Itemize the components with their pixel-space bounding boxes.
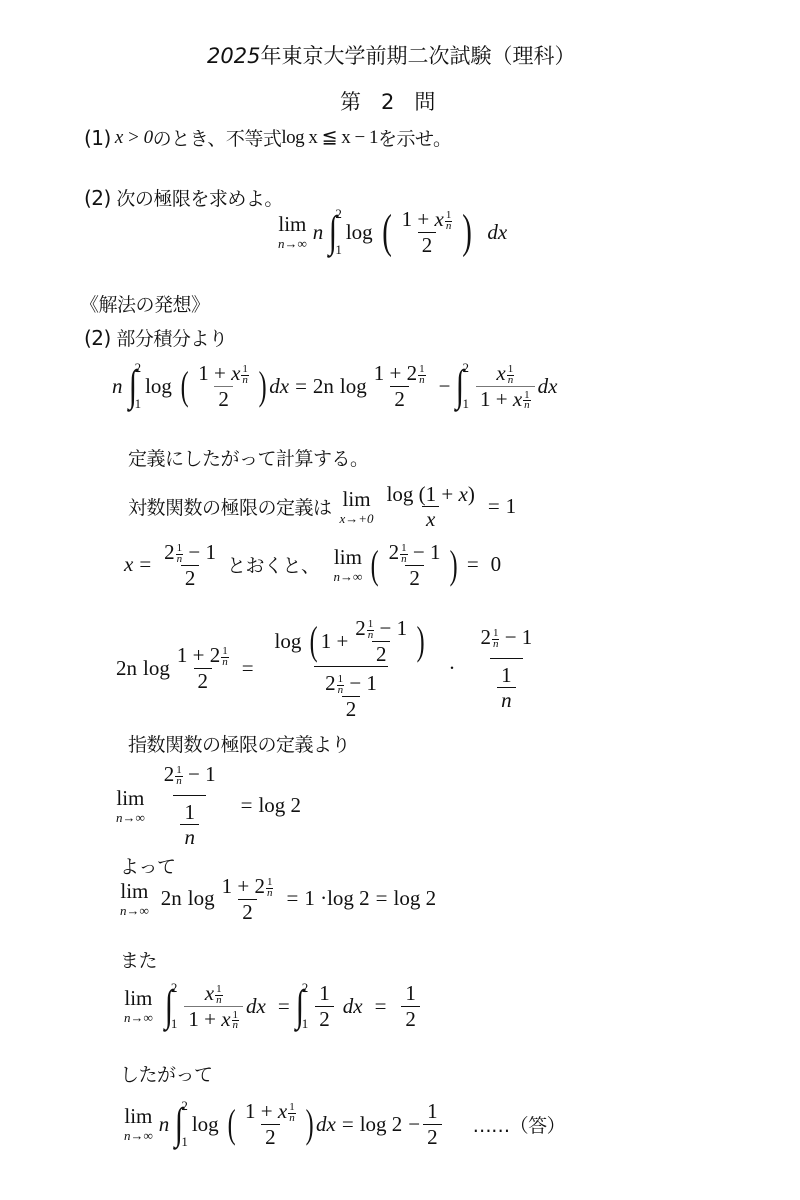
math-glyph: 2 <box>164 762 175 786</box>
math-glyph: ∫ <box>295 984 303 1028</box>
math-glyph: 1 <box>180 800 199 824</box>
math-glyph: − 1 <box>408 540 441 564</box>
math-glyph: ∫ <box>456 364 464 408</box>
math-glyph: x <box>422 506 439 531</box>
math-glyph: 1 + x1n2 <box>241 1099 300 1149</box>
math-glyph: n <box>222 658 228 668</box>
math-glyph: = <box>139 552 151 577</box>
math-glyph: 1n <box>215 985 223 1006</box>
math-glyph: limx→+0 <box>340 489 374 525</box>
math-glyph: x <box>124 552 133 577</box>
math-glyph: 1n <box>523 391 531 412</box>
math-glyph: 1 + x1n <box>184 1006 243 1032</box>
math-glyph: log <box>188 886 215 911</box>
math-glyph: n <box>180 824 199 849</box>
math-glyph: = <box>467 552 479 577</box>
math-glyph: n <box>233 1021 239 1031</box>
math-glyph: 2 <box>355 616 366 640</box>
math-glyph: limn→∞ <box>124 988 153 1024</box>
math-glyph: n→∞ <box>120 904 149 917</box>
math-glyph: 1 + x1n2 <box>398 207 457 257</box>
part-1-end-text: を示せ。 <box>378 124 451 151</box>
math-glyph: 21n − 12 <box>351 616 411 666</box>
math-glyph: n <box>216 996 222 1006</box>
math-glyph: x <box>426 507 435 531</box>
math-glyph: lim <box>334 547 362 568</box>
math-glyph: log <box>143 656 170 681</box>
math-glyph: n→∞ <box>278 237 307 250</box>
math-glyph: n→∞ <box>334 570 363 583</box>
math-glyph: = <box>278 994 290 1019</box>
math-glyph: = <box>376 886 388 911</box>
math-glyph: 1 + 21n <box>370 361 430 386</box>
math-glyph: 1 · <box>304 886 327 911</box>
math-glyph: lim <box>343 489 371 510</box>
math-glyph: ∫21 <box>327 206 342 258</box>
math-glyph: = <box>295 374 307 399</box>
math-glyph: n <box>497 687 516 712</box>
math-glyph: − 1 <box>344 671 377 695</box>
math-glyph: 1n <box>180 800 199 849</box>
math-glyph: ( <box>227 1104 235 1144</box>
inequality-math: log x ≦ x − 1 <box>281 126 378 149</box>
math-glyph: n <box>419 376 425 386</box>
math-glyph: 1 <box>423 1099 442 1123</box>
math-glyph: 1n <box>175 766 183 787</box>
math-glyph: ) <box>450 545 458 585</box>
math-glyph: · <box>448 656 455 681</box>
math-glyph: 2n <box>161 886 182 911</box>
math-glyph: n→∞ <box>124 1129 153 1142</box>
math-glyph: 1n <box>490 658 523 712</box>
math-glyph: 2 <box>389 540 400 564</box>
page-title: 2025年東京大学前期二次試験（理科） <box>207 40 575 70</box>
math-glyph: 2 <box>214 386 233 411</box>
math-glyph: 1n <box>337 675 345 696</box>
math-glyph: 1 + x1n <box>476 386 535 412</box>
problem-number: 第 2 問 <box>340 86 435 116</box>
title-year: 2025 <box>207 44 260 68</box>
math-glyph: lim <box>124 988 152 1009</box>
math-glyph: ( <box>310 621 318 661</box>
math-glyph: log(1 + 21n − 12) 21n − 12 <box>269 616 434 721</box>
math-glyph: 2 <box>405 565 424 590</box>
math-glyph: limn→∞ ( 21n − 12 ) =0 <box>334 540 502 590</box>
math-glyph: lim <box>278 214 306 235</box>
math-glyph: 1 + 21n2 <box>370 361 430 411</box>
math-glyph: 21n − 12 <box>321 671 381 721</box>
math-glyph: x1n1 + x1n <box>184 981 243 1032</box>
math-glyph: n <box>493 640 499 650</box>
math-glyph: 2 <box>418 232 437 257</box>
math-glyph: = <box>375 994 387 1019</box>
math-glyph: 21n − 12 <box>385 540 445 590</box>
math-glyph: 1n <box>241 365 249 386</box>
math-glyph: 1n <box>400 544 408 565</box>
math-glyph: n <box>368 631 374 641</box>
math-glyph: 0 <box>491 552 502 577</box>
math-glyph: 21n − 1 <box>351 616 411 641</box>
math-glyph: 21n − 1 <box>470 625 542 658</box>
rewrite-equation: 2nlog 1 + 21n2 = log(1 + 21n − 12) 21n −… <box>116 616 545 721</box>
math-glyph: ) <box>305 1104 313 1144</box>
math-glyph: 12 <box>401 981 420 1030</box>
math-glyph: log <box>387 482 414 506</box>
math-glyph: n <box>446 222 452 232</box>
math-glyph: 1 <box>401 981 420 1005</box>
solution-heading: 《解法の発想》 <box>80 290 210 317</box>
math-glyph: dx <box>487 220 507 245</box>
math-glyph: n→∞ <box>116 811 145 824</box>
math-glyph: 1n <box>418 365 426 386</box>
math-glyph: dx <box>343 994 363 1019</box>
exp-limit-math: limn→∞ 21n − 1 1n =log 2 <box>116 762 301 849</box>
condition-math: x > 0 <box>115 127 153 149</box>
math-glyph: 21n − 12 <box>160 540 220 590</box>
math-glyph: 12 <box>315 981 334 1030</box>
math-glyph: 12 <box>423 1099 442 1148</box>
math-glyph: 21n − 1 <box>160 540 220 565</box>
math-glyph: x <box>221 1007 230 1031</box>
math-glyph: log 2 <box>258 793 301 818</box>
math-glyph: 1n <box>288 1103 296 1124</box>
math-glyph: n <box>177 555 183 565</box>
math-glyph: x1n <box>201 981 227 1006</box>
math-glyph: = <box>488 494 500 519</box>
math-glyph: ∫21 <box>173 1098 188 1150</box>
math-glyph: 1 + <box>374 361 407 385</box>
math-glyph: x1n <box>492 361 518 386</box>
math-glyph: log 2 <box>360 1112 403 1137</box>
math-glyph: 1 + <box>177 643 210 667</box>
math-glyph: log <box>346 220 373 245</box>
math-glyph: 1 + <box>188 1007 221 1031</box>
math-glyph: ( <box>419 482 426 506</box>
math-glyph: 1n <box>507 365 515 386</box>
math-glyph: log <box>340 374 367 399</box>
math-glyph: x <box>278 1099 287 1123</box>
math-glyph: ∫21 <box>294 980 309 1032</box>
math-glyph: limn→∞ <box>120 881 149 917</box>
math-glyph: 1 + x1n <box>398 207 457 232</box>
math-glyph: log (1 + x) <box>383 482 479 506</box>
math-glyph: n <box>267 889 273 899</box>
math-glyph: 1 + x1n <box>241 1099 300 1124</box>
final-math: limn→∞ n ∫21 log ( 1 + x1n2 ) dx=log 2− … <box>124 1098 445 1150</box>
math-glyph: 1 + <box>480 387 513 411</box>
math-glyph: 1 + <box>402 207 435 231</box>
math-glyph: x <box>496 361 505 385</box>
math-glyph: x <box>231 361 240 385</box>
part-2-text: 次の極限を求めよ。 <box>111 188 283 210</box>
math-glyph: 1 + <box>222 874 255 898</box>
math-glyph: 21n − 1 <box>385 540 445 565</box>
math-glyph: n <box>176 777 182 787</box>
math-glyph: ( <box>371 545 379 585</box>
math-glyph: 1 + 21n <box>218 874 278 899</box>
math-glyph: n <box>524 401 530 411</box>
math-glyph: − <box>408 1112 420 1137</box>
math-glyph: dx <box>316 1112 336 1137</box>
math-glyph: limn→∞ <box>278 214 307 250</box>
math-glyph: 1 + 21n2 <box>173 643 233 693</box>
math-glyph: = <box>286 886 298 911</box>
math-glyph: 2 <box>194 668 213 693</box>
math-glyph: n→∞ <box>124 1011 153 1024</box>
math-glyph: = <box>242 656 254 681</box>
math-glyph: ∫ <box>329 210 337 254</box>
part-1-text: のとき、不等式 <box>153 124 282 151</box>
math-glyph: ∫21 <box>163 980 178 1032</box>
math-glyph: 1 + <box>321 629 349 653</box>
math-glyph: lim <box>124 1106 152 1127</box>
math-glyph: x <box>513 387 522 411</box>
math-glyph: n <box>313 220 324 245</box>
math-glyph: 2 <box>423 1124 442 1149</box>
math-glyph: 1 + <box>198 361 231 385</box>
math-glyph: 1 + 21n2 <box>218 874 278 924</box>
math-glyph: log (1 + x)x <box>383 482 479 531</box>
math-glyph: 1n <box>445 211 453 232</box>
math-glyph: dx <box>269 374 289 399</box>
integration-by-parts-equation: n ∫21 log ( 1 + x1n2 ) dx = 2nlog 1 + 21… <box>112 360 558 412</box>
math-glyph: x <box>459 482 468 506</box>
problem-part-2: (2) 次の極限を求めよ。 <box>84 184 283 211</box>
substitution-line: x= 21n − 12 とおくと、 limn→∞ ( 21n − 12 ) =0 <box>124 540 501 590</box>
math-glyph: n <box>401 555 407 565</box>
definition-note: 定義にしたがって計算する。 <box>128 444 369 471</box>
math-glyph: 2 <box>401 1006 420 1031</box>
math-glyph: x= 21n − 12 <box>124 540 223 590</box>
math-glyph: 1 + x1n <box>194 361 253 386</box>
problem-expression: limn→∞ n ∫21 log ( 1 + x1n2 ) dx <box>278 206 507 258</box>
math-glyph: 1 <box>497 663 516 687</box>
math-glyph: lim <box>120 881 148 902</box>
math-glyph: 2n <box>313 374 334 399</box>
math-glyph: x→+0 <box>340 512 374 525</box>
part-1-label: (1) <box>84 126 111 150</box>
math-glyph: = <box>342 1112 354 1137</box>
math-glyph: 1n <box>266 878 274 899</box>
result-2-math: limn→∞ ∫21 x1n1 + x1n dx= ∫21 12 dx= 12 <box>124 980 423 1032</box>
math-glyph: ∫21 <box>454 360 469 412</box>
math-glyph: n <box>289 1114 295 1124</box>
math-glyph: n <box>112 374 123 399</box>
math-glyph: 1 + 21n <box>173 643 233 668</box>
math-glyph: 21n − 1 1n <box>154 762 226 849</box>
math-glyph: limn→∞ <box>334 547 363 583</box>
math-glyph: x <box>435 207 444 231</box>
math-glyph: n <box>242 376 248 386</box>
math-glyph: 2 <box>254 874 265 898</box>
also-text: また <box>120 946 157 973</box>
math-glyph: 21n − 12 <box>314 666 388 721</box>
math-glyph: 2 <box>480 625 491 649</box>
math-glyph: 1n <box>497 663 516 712</box>
math-glyph: log <box>275 629 302 653</box>
math-glyph: x > 0 <box>115 127 153 149</box>
math-glyph: 2 <box>390 386 409 411</box>
math-glyph: − 1 <box>183 762 216 786</box>
math-glyph: limn→∞ <box>116 788 145 824</box>
math-glyph: 部分積分より <box>111 328 228 350</box>
math-glyph: x1n1 + x1n <box>476 361 535 412</box>
final-answer-line: limn→∞ n ∫21 log ( 1 + x1n2 ) dx=log 2− … <box>124 1098 565 1150</box>
math-glyph: log(1 + 21n − 12) <box>269 616 434 666</box>
math-glyph: − <box>439 374 451 399</box>
math-glyph: limn→∞ <box>124 1106 153 1142</box>
math-glyph: 21n − 1 <box>321 671 381 696</box>
math-glyph: ( <box>382 208 392 256</box>
math-glyph: ∫ <box>128 364 136 408</box>
math-glyph: ) <box>259 366 267 406</box>
math-glyph: ∫ <box>175 1102 183 1146</box>
exp-limit-text: 指数関数の極限の定義より <box>128 730 350 757</box>
math-glyph: − 1 <box>183 540 216 564</box>
math-glyph: dx <box>246 994 266 1019</box>
math-glyph: 2n <box>116 656 137 681</box>
math-glyph: 1 <box>506 494 517 519</box>
math-glyph: 21n − 1 <box>154 762 226 795</box>
math-glyph: 2 <box>210 643 221 667</box>
math-glyph: log 2 <box>394 886 437 911</box>
math-glyph: 1n <box>221 647 229 668</box>
math-glyph: 1n <box>232 1011 240 1032</box>
math-glyph: n <box>338 686 344 696</box>
answer-marker: ……（答） <box>473 1111 566 1138</box>
math-glyph: 2 <box>407 361 418 385</box>
math-glyph: lim <box>116 788 144 809</box>
problem-part-1: (1) x > 0 のとき、不等式 log x ≦ x − 1 を示せ。 <box>84 124 451 151</box>
log-limit-math: limx→+0 log (1 + x)x =1 <box>340 482 517 531</box>
math-glyph: 1 + x1n2 <box>194 361 253 411</box>
solution-part-2: (2) 部分積分より <box>84 324 227 351</box>
math-glyph: log <box>192 1112 219 1137</box>
math-glyph: 2 <box>342 696 361 721</box>
math-glyph: ) <box>468 482 475 506</box>
math-glyph: 2 <box>164 540 175 564</box>
log-limit-line: 対数関数の極限の定義は limx→+0 log (1 + x)x =1 <box>128 482 516 531</box>
math-glyph: dx <box>538 374 558 399</box>
math-glyph: log <box>145 374 172 399</box>
math-glyph: 2 <box>261 1124 280 1149</box>
math-glyph: 2 <box>325 671 336 695</box>
math-glyph: ∫ <box>165 984 173 1028</box>
substitution-text: とおくと、 <box>227 551 320 578</box>
therefore-2-text: したがって <box>120 1060 213 1087</box>
math-glyph: 1 + <box>426 482 459 506</box>
math-glyph: x <box>205 981 214 1005</box>
math-glyph: (2) <box>84 326 111 350</box>
math-glyph: 1 + <box>245 1099 278 1123</box>
math-glyph: − 1 <box>499 625 532 649</box>
math-glyph: 2 <box>181 565 200 590</box>
math-glyph: 2 <box>372 641 391 666</box>
math-glyph: 2 <box>238 899 257 924</box>
math-glyph: log 2 <box>327 886 370 911</box>
part-2-label: (2) <box>84 186 111 210</box>
math-glyph: 21n − 1 1n <box>470 625 542 712</box>
math-glyph: 1 <box>315 981 334 1005</box>
math-glyph: − 1 <box>374 616 407 640</box>
math-glyph: ) <box>417 621 425 661</box>
log-limit-text: 対数関数の極限の定義は <box>128 493 332 520</box>
math-glyph: ) <box>463 208 473 256</box>
title-text: 年東京大学前期二次試験（理科） <box>260 44 575 68</box>
math-glyph: 1n <box>173 795 206 849</box>
math-glyph: ( <box>181 366 189 406</box>
math-glyph: n <box>159 1112 170 1137</box>
result-1-math: limn→∞ 2nlog 1 + 21n2 =1 · log 2=log 2 <box>120 874 436 924</box>
math-glyph: = <box>241 793 253 818</box>
math-glyph: n <box>508 376 514 386</box>
math-glyph: ∫21 <box>127 360 142 412</box>
math-glyph: 2 <box>315 1006 334 1031</box>
